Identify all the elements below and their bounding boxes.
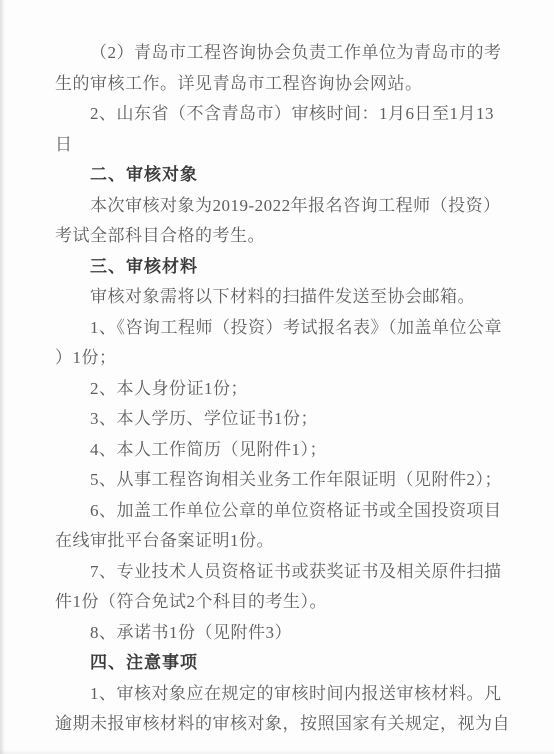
paragraph: 2、山东省（不含青岛市）审核时间：1月6日至1月13日 [55, 99, 510, 160]
list-item: 2、本人身份证1份； [55, 374, 510, 405]
list-item: 7、专业技术人员资格证书或获奖证书及相关原件扫描件1份（符合免试2个科目的考生）… [55, 557, 510, 618]
scan-shadow-bottom [0, 750, 554, 754]
page-number: 2 [240, 720, 300, 731]
document-content: （2）青岛市工程咨询协会负责工作单位为青岛市的考生的审核工作。详见青岛市工程咨询… [55, 38, 510, 740]
section-heading-2: 二、审核对象 [55, 160, 510, 191]
list-item: 8、承诺书1份（见附件3） [55, 618, 510, 649]
list-item: 1、《咨询工程师（投资）考试报名表》（加盖单位公章）1份； [55, 313, 510, 374]
paragraph: （2）青岛市工程咨询协会负责工作单位为青岛市的考生的审核工作。详见青岛市工程咨询… [55, 38, 510, 99]
list-item: 5、从事工程咨询相关业务工作年限证明（见附件2）； [55, 465, 510, 496]
paragraph: 本次审核对象为2019-2022年报名咨询工程师（投资）考试全部科目合格的考生。 [55, 191, 510, 252]
list-item: 6、加盖工作单位公章的单位资格证书或全国投资项目在线审批平台备案证明1份。 [55, 496, 510, 557]
document-page: （2）青岛市工程咨询协会负责工作单位为青岛市的考生的审核工作。详见青岛市工程咨询… [0, 0, 554, 754]
section-heading-3: 三、审核材料 [55, 252, 510, 283]
list-item: 4、本人工作简历（见附件1）； [55, 435, 510, 466]
list-item: 3、本人学历、学位证书1份； [55, 404, 510, 435]
paragraph: 审核对象需将以下材料的扫描件发送至协会邮箱。 [55, 282, 510, 313]
scan-shadow-left [0, 0, 5, 754]
section-heading-4: 四、注意事项 [55, 648, 510, 679]
